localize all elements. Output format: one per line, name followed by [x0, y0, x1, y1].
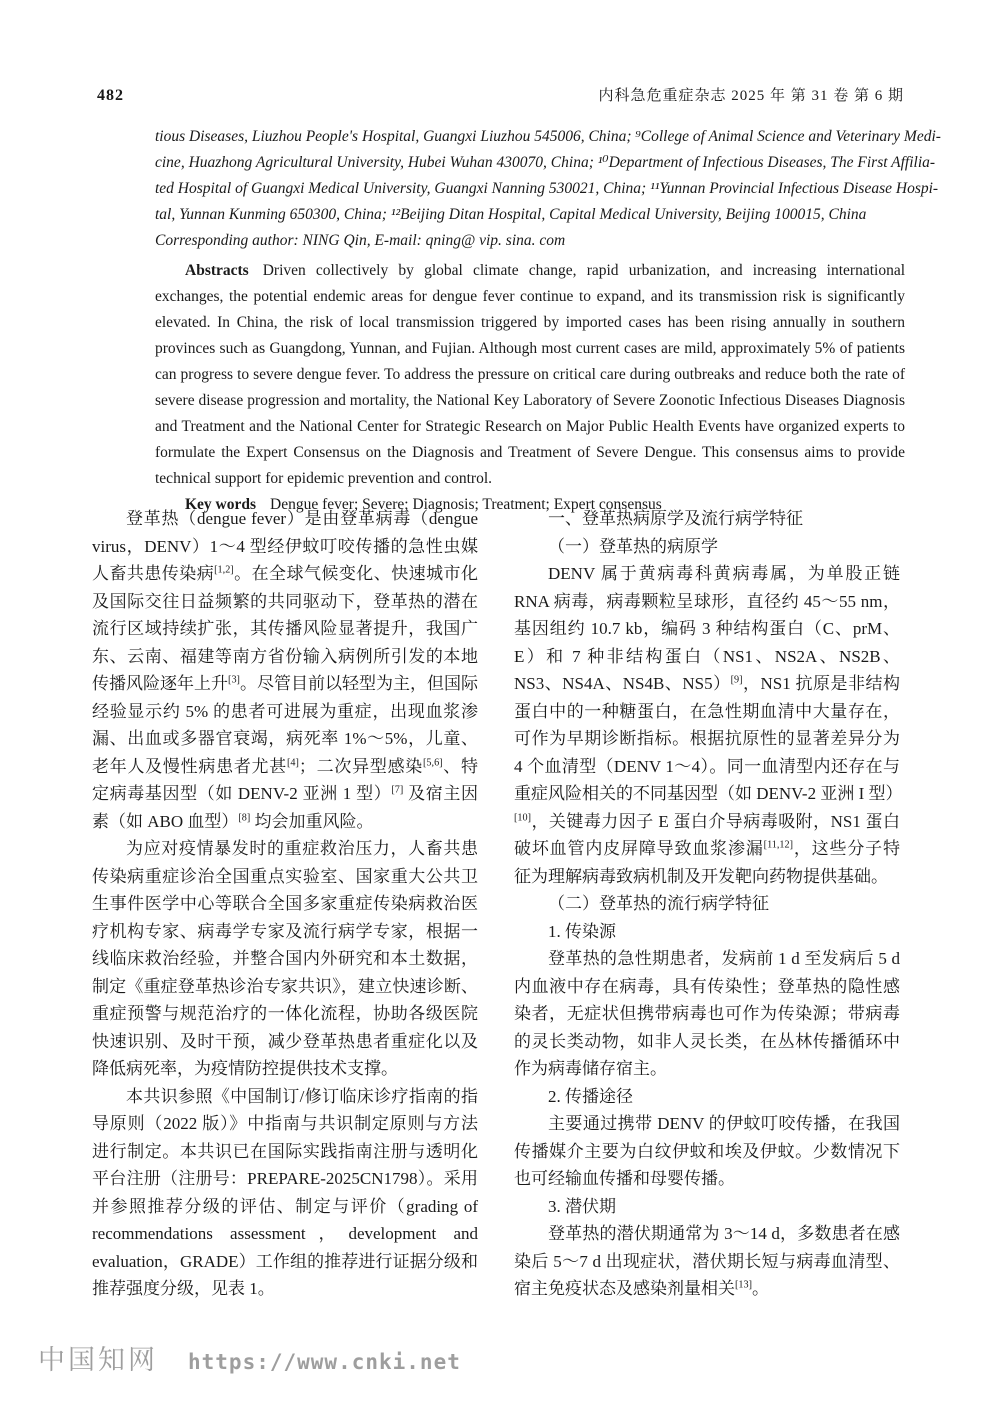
affiliation-line: tious Diseases, Liuzhou People's Hospita… — [155, 124, 905, 150]
section-heading: （二）登革热的流行病学特征 — [514, 890, 900, 918]
body-paragraph: 登革热的急性期患者，发病前 1 d 至发病后 5 d 内血液中存在病毒，具有传染… — [514, 945, 900, 1083]
section-heading: 1. 传染源 — [514, 918, 900, 946]
abstract-label: Abstracts — [185, 262, 249, 279]
affiliation-line: Corresponding author: NING Qin, E-mail: … — [155, 228, 905, 254]
section-heading: 一、登革热病原学及流行病学特征 — [514, 505, 900, 533]
cnki-url-link[interactable]: https://www.cnki.net — [188, 1350, 461, 1374]
left-column: 登革热（dengue fever）是由登革病毒（dengue virus，DEN… — [92, 505, 478, 1303]
affiliation-line: tal, Yunnan Kunming 650300, China; ¹²Bei… — [155, 202, 905, 228]
cnki-logo: 中国知网 — [38, 1338, 158, 1377]
front-matter: tious Diseases, Liuzhou People's Hospita… — [155, 124, 905, 518]
section-heading: （一）登革热的病原学 — [514, 533, 900, 561]
body-paragraph: 本共识参照《中国制订/修订临床诊疗指南的指导原则（2022 版）》中指南与共识制… — [92, 1083, 478, 1303]
page-number: 482 — [97, 87, 124, 105]
cnki-watermark: 中国知网 https://www.cnki.net — [38, 1338, 461, 1377]
right-column: 一、登革热病原学及流行病学特征（一）登革热的病原学DENV 属于黄病毒科黄病毒属… — [514, 505, 900, 1303]
affiliations-block: tious Diseases, Liuzhou People's Hospita… — [155, 124, 905, 254]
journal-page: 482 内科急危重症杂志 2025 年 第 31 卷 第 6 期 tious D… — [0, 0, 992, 1403]
body-paragraph: 主要通过携带 DENV 的伊蚊叮咬传播，在我国传播媒介主要为白纹伊蚊和埃及伊蚊。… — [514, 1110, 900, 1193]
body-columns: 登革热（dengue fever）是由登革病毒（dengue virus，DEN… — [92, 505, 900, 1303]
section-heading: 3. 潜伏期 — [514, 1193, 900, 1221]
journal-title-line: 内科急危重症杂志 2025 年 第 31 卷 第 6 期 — [598, 84, 904, 105]
body-paragraph: 为应对疫情暴发时的重症救治压力，人畜共患传染病重症诊治全国重点实验室、国家重大公… — [92, 835, 478, 1083]
body-paragraph: DENV 属于黄病毒科黄病毒属，为单股正链 RNA 病毒，病毒颗粒呈球形，直径约… — [514, 560, 900, 890]
running-head: 482 内科急危重症杂志 2025 年 第 31 卷 第 6 期 — [97, 84, 904, 105]
body-paragraph: 登革热的潜伏期通常为 3～14 d，多数患者在感染后 5～7 d 出现症状，潜伏… — [514, 1220, 900, 1303]
body-paragraph: 登革热（dengue fever）是由登革病毒（dengue virus，DEN… — [92, 505, 478, 835]
section-heading: 2. 传播途径 — [514, 1083, 900, 1111]
abstract: AbstractsDriven collectively by global c… — [155, 258, 905, 492]
affiliation-line: cine, Huazhong Agricultural University, … — [155, 150, 905, 176]
affiliation-line: ted Hospital of Guangxi Medical Universi… — [155, 176, 905, 202]
abstract-text: Driven collectively by global climate ch… — [155, 262, 905, 487]
